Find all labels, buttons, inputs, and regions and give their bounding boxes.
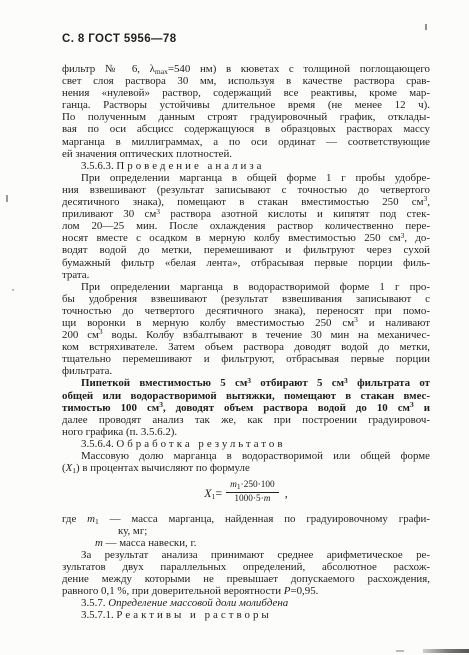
text-line: нения «нулевой» раствор, содержащий все … <box>62 87 430 99</box>
text-line: ку, мг; <box>62 525 430 537</box>
lines-top: фильтр № 6, λmax=540 нм) в кюветах с тол… <box>62 63 430 474</box>
text-line: ния взвешивают (результат записывают с т… <box>62 184 430 196</box>
text-line: далее проводят анализ так же, как при по… <box>62 414 430 426</box>
text-line: ганца. Растворы устойчивы длительное вре… <box>62 99 430 111</box>
formula-comma: , <box>285 487 288 499</box>
page-header: С. 8 ГОСТ 5956—78 <box>62 33 177 45</box>
scan-artifact-streak <box>423 649 469 653</box>
text-line: ком встряхивателе. Затем объем раствора … <box>62 341 430 353</box>
scan-artifact-speck <box>6 195 8 202</box>
text-line: 3.5.7.1. Реактивы и растворы <box>62 609 430 621</box>
text-line: При определении марганца в водорастворим… <box>62 281 430 293</box>
text-line: ей значения оптических плотностей. <box>62 148 430 160</box>
text-column: фильтр № 6, λmax=540 нм) в кюветах с тол… <box>62 63 430 621</box>
text-line: При определении марганца в общей форме 1… <box>62 172 430 184</box>
text-line: По полученным данным строят градуировочн… <box>62 111 430 123</box>
text-line: точностью до четвертого десятичного знак… <box>62 305 430 317</box>
formula-lhs: X1= <box>204 487 222 499</box>
text-line: 200 см3 воды. Колбу взбалтывают в течени… <box>62 329 430 341</box>
text-line: приливают 30 см3 раствора азотной кислот… <box>62 208 430 220</box>
text-line: трата. <box>62 269 430 281</box>
text-line: лом 20—25 мин. После охлаждения раствор … <box>62 220 430 232</box>
text-line: (X1) в процентах вычисляют по формуле <box>62 462 430 474</box>
text-line: десятичного знака), помещают в стакан вм… <box>62 196 430 208</box>
text-line: фильтр № 6, λmax=540 нм) в кюветах с тол… <box>62 63 430 75</box>
text-line: общей или водорастворимой вытяжки, помещ… <box>62 390 430 402</box>
text-line: водят водой до метки, перемешивают и фил… <box>62 244 430 256</box>
text-line: Массовую долю марганца в водорастворимой… <box>62 450 430 462</box>
text-line: ного графика (п. 3.5.6.2). <box>62 426 430 438</box>
scan-artifact-dash <box>396 650 404 652</box>
text-line: свет слоя раствора 30 мм, используя в ка… <box>62 75 430 87</box>
text-line: бы удобрения взвешивают (результат взвеш… <box>62 293 430 305</box>
formula-fraction: m1·250·100 1000·5·m <box>226 480 279 505</box>
text-line: За результат анализа принимают среднее а… <box>62 549 430 561</box>
text-line: тимостью 100 см3, доводят объем раствора… <box>62 402 430 414</box>
text-line: тщательно перемешивают и фильтруют, отбр… <box>62 353 430 365</box>
text-line: щи воронки в мерную колбу вместимостью 2… <box>62 317 430 329</box>
scan-artifact-speck <box>12 289 14 291</box>
text-line: m — масса навески, г. <box>62 537 430 549</box>
text-line: Пипеткой вместимостью 5 см3 отбирают 5 с… <box>62 377 430 389</box>
text-line: равного 0,1 %, при доверительной вероятн… <box>62 585 430 597</box>
formula-numerator: m1·250·100 <box>226 480 279 493</box>
text-line: дение между которыми не превышает допуск… <box>62 573 430 585</box>
formula: X1= m1·250·100 1000·5·m , <box>62 480 430 505</box>
text-line: 3.5.6.3. Проведение анализа <box>62 160 430 172</box>
text-line: 3.5.6.4. Обработка результатов <box>62 438 430 450</box>
text-line: 3.5.7. Определение массовой доли молибде… <box>62 597 430 609</box>
text-line: фильтрата. <box>62 365 430 377</box>
text-line: бумажный фильтр «белая лента», отбрасыва… <box>62 257 430 269</box>
document-page: С. 8 ГОСТ 5956—78 фильтр № 6, λmax=540 н… <box>0 0 469 655</box>
text-line: где m1 — масса марганца, найденная по гр… <box>62 513 430 525</box>
text-line: зультатов двух параллельных определений,… <box>62 561 430 573</box>
formula-denominator: 1000·5·m <box>234 493 270 505</box>
lines-bottom: где m1 — масса марганца, найденная по гр… <box>62 513 430 622</box>
text-line: носят вместе с осадком в мерную колбу вм… <box>62 232 430 244</box>
scan-artifact-tick <box>425 24 427 30</box>
text-line: марганца в миллиграммах, а по оси ордина… <box>62 136 430 148</box>
text-line: вая по оси абсцисс содержащуюся в образц… <box>62 123 430 135</box>
